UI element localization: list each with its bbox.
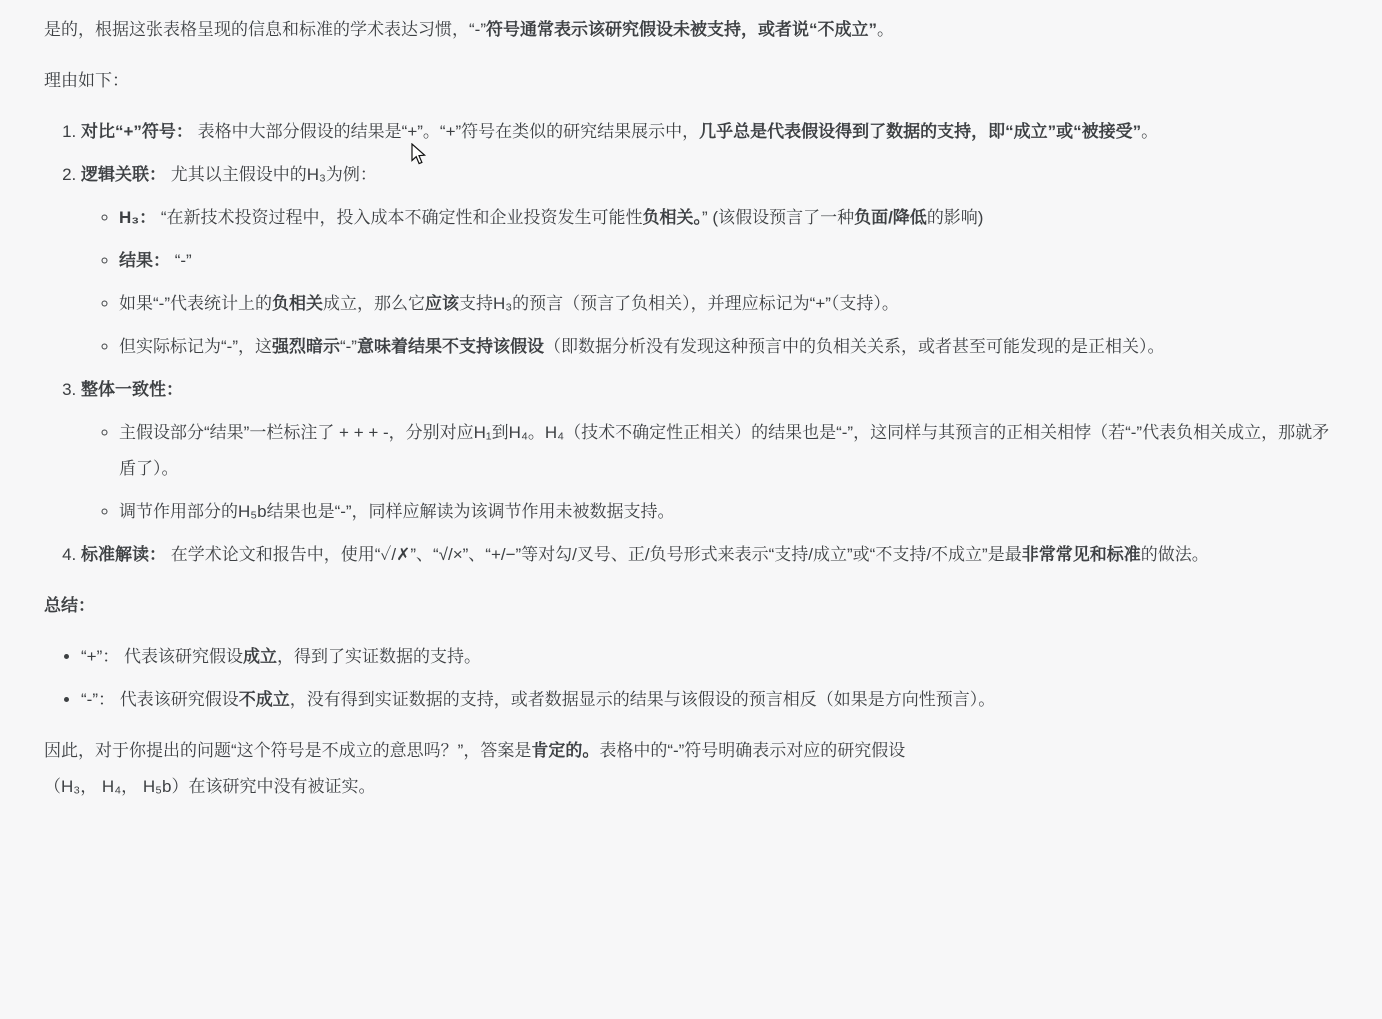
text: 调节作用部分的H₅b结果也是“-”，同样应解读为该调节作用未被数据支持。 <box>119 502 675 521</box>
conclusion-paragraph: 因此，对于你提出的问题“这个符号是不成立的意思吗？”，答案是肯定的。表格中的“-… <box>44 733 1336 805</box>
list-item: 标准解读： 在学术论文和报告中，使用“✓/✗”、“√/×”、“+/−”等对勾/叉… <box>81 537 1336 573</box>
bold-text: 负面/降低 <box>854 208 927 227</box>
bold-text: 负相关 <box>272 294 323 313</box>
summary-heading: 总结： <box>44 588 1336 624</box>
list-item: 如果“-”代表统计上的负相关成立，那么它应该支持H₃的预言（预言了负相关），并理… <box>119 286 1336 322</box>
text: ，得到了实证数据的支持。 <box>277 647 481 666</box>
list-item: H₃： “在新技术投资过程中，投入成本不确定性和企业投资发生可能性负相关。” (… <box>119 200 1336 236</box>
list-item: 但实际标记为“-”，这强烈暗示“-”意味着结果不支持该假设（即数据分析没有发现这… <box>119 329 1336 365</box>
bold-text: 几乎总是代表假设得到了数据的支持，即“成立”或“被接受” <box>699 122 1141 141</box>
text: “-” <box>340 337 357 356</box>
text: 是的，根据这张表格呈现的信息和标准的学术表达习惯，“-” <box>44 20 486 39</box>
list-item: “-”： 代表该研究假设不成立，没有得到实证数据的支持，或者数据显示的结果与该假… <box>81 682 1336 718</box>
list-item: 主假设部分“结果”一栏标注了 + + + -，分别对应H₁到H₄。H₄（技术不确… <box>119 415 1336 487</box>
bold-text: 标准解读： <box>81 545 166 564</box>
text: 如果“-”代表统计上的 <box>119 294 272 313</box>
list-item: 对比“+”符号： 表格中大部分假设的结果是“+”。“+”符号在类似的研究结果展示… <box>81 114 1336 150</box>
text: “在新技术投资过程中，投入成本不确定性和企业投资发生可能性 <box>156 208 642 227</box>
list-item: 结果： “-” <box>119 243 1336 279</box>
response-content: 是的，根据这张表格呈现的信息和标准的学术表达习惯，“-”符号通常表示该研究假设未… <box>0 0 1382 805</box>
bold-text: 意味着结果不支持该假设 <box>357 337 544 356</box>
text: “+”： 代表该研究假设 <box>81 647 243 666</box>
text: 支持H₃的预言（预言了负相关），并理应标记为“+”（支持）。 <box>459 294 899 313</box>
bold-text: 符号通常表示该研究假设未被支持，或者说“不成立” <box>486 20 877 39</box>
text: 。 <box>877 20 894 39</box>
bold-text: 应该 <box>425 294 459 313</box>
summary-list: “+”： 代表该研究假设成立，得到了实证数据的支持。“-”： 代表该研究假设不成… <box>44 639 1336 718</box>
text: 的影响) <box>927 208 984 227</box>
text: 因此，对于你提出的问题“这个符号是不成立的意思吗？”，答案是 <box>44 741 531 760</box>
list-item: 逻辑关联： 尤其以主假设中的H₃为例：H₃： “在新技术投资过程中，投入成本不确… <box>81 157 1336 365</box>
bold-text: 对比“+”符号： <box>81 122 193 141</box>
reasons-heading: 理由如下： <box>44 63 1336 99</box>
list-item: “+”： 代表该研究假设成立，得到了实证数据的支持。 <box>81 639 1336 675</box>
bold-text: 非常常见和标准 <box>1022 545 1141 564</box>
text: 但实际标记为“-”，这 <box>119 337 272 356</box>
text: 在学术论文和报告中，使用“✓/✗”、“√/×”、“+/−”等对勾/叉号、正/负号… <box>166 545 1022 564</box>
bold-text: 不成立 <box>239 690 290 709</box>
text: ” (该假设预言了一种 <box>702 208 854 227</box>
text: 成立，那么它 <box>323 294 425 313</box>
sub-bullet-list: H₃： “在新技术投资过程中，投入成本不确定性和企业投资发生可能性负相关。” (… <box>81 200 1336 365</box>
text: 表格中大部分假设的结果是“+”。“+”符号在类似的研究结果展示中， <box>193 122 699 141</box>
sub-bullet-list: 主假设部分“结果”一栏标注了 + + + -，分别对应H₁到H₄。H₄（技术不确… <box>81 415 1336 530</box>
text: 尤其以主假设中的H₃为例： <box>166 165 377 184</box>
text: ，没有得到实证数据的支持，或者数据显示的结果与该假设的预言相反（如果是方向性预言… <box>290 690 996 709</box>
list-item: 整体一致性：主假设部分“结果”一栏标注了 + + + -，分别对应H₁到H₄。H… <box>81 372 1336 530</box>
bold-text: 肯定的。 <box>531 741 599 760</box>
bold-text: 强烈暗示 <box>272 337 340 356</box>
bold-text: 逻辑关联： <box>81 165 166 184</box>
text: “-”： 代表该研究假设 <box>81 690 239 709</box>
intro-paragraph: 是的，根据这张表格呈现的信息和标准的学术表达习惯，“-”符号通常表示该研究假设未… <box>44 12 1336 48</box>
text: 的做法。 <box>1141 545 1209 564</box>
bold-text: H₃： <box>119 208 156 227</box>
bold-text: 成立 <box>243 647 277 666</box>
text: 理由如下： <box>44 71 129 90</box>
text: （即数据分析没有发现这种预言中的负相关关系，或者甚至可能发现的是正相关）。 <box>544 337 1165 356</box>
bold-text: 整体一致性： <box>81 380 183 399</box>
text: “-” <box>170 251 192 270</box>
bold-text: 结果： <box>119 251 170 270</box>
reasons-list: 对比“+”符号： 表格中大部分假设的结果是“+”。“+”符号在类似的研究结果展示… <box>44 114 1336 573</box>
bold-text: 总结： <box>44 596 95 615</box>
list-item: 调节作用部分的H₅b结果也是“-”，同样应解读为该调节作用未被数据支持。 <box>119 494 1336 530</box>
bold-text: 负相关。 <box>643 208 703 227</box>
text: 。 <box>1141 122 1158 141</box>
text: 主假设部分“结果”一栏标注了 + + + -，分别对应H₁到H₄。H₄（技术不确… <box>119 423 1329 478</box>
